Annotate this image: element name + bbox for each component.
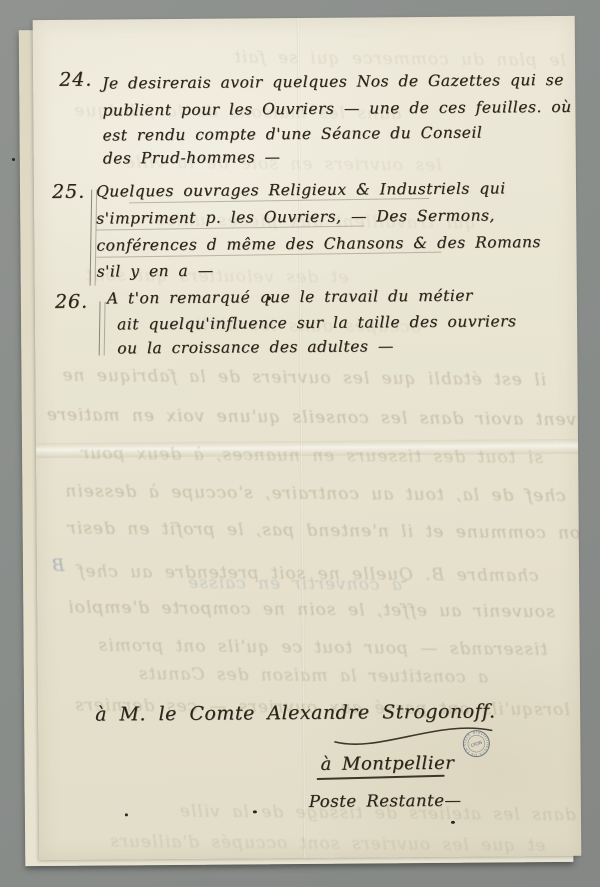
ink-speck: [451, 821, 455, 824]
item-24-line-1: Je desirerais avoir quelques Nos de Gaze…: [102, 72, 564, 93]
bleedthrough-line: chef de la, tout au contraire, s'occupe …: [64, 483, 565, 505]
letter-page: le plan du commerce qui se faitdans les …: [33, 16, 582, 860]
item-24-number: 24.: [59, 70, 92, 91]
bleedthrough-line: a constituer la maison des Canuts: [138, 666, 488, 686]
bleedthrough-line: a convertir en caisse: [187, 575, 402, 594]
ink-speck: [267, 296, 271, 300]
bleedthrough-line: et que les ouvriers sont occupés d'aille…: [109, 834, 545, 855]
item-26-number: 26.: [55, 292, 88, 313]
item-25-line-4: s'il y en a —: [97, 263, 214, 281]
bleedthrough-line: tisserands — pour tout ce qu'ils ont pro…: [98, 638, 548, 659]
photograph-background: le plan du commerce qui se faitdans les …: [0, 0, 600, 887]
item-26-line-1: A t'on remarqué que le travail du métier: [107, 288, 473, 308]
stamp-center-text: LYON: [470, 740, 483, 749]
address-poste-restante: Poste Restante—: [309, 792, 462, 811]
item-25-line-1: Quelques ouvrages Religieux & Industriel…: [96, 180, 506, 200]
item-24-line-4: des Prud-hommes —: [103, 149, 281, 167]
item-25-number: 25.: [52, 182, 85, 203]
address-city: à Montpellier: [320, 754, 454, 775]
bleedthrough-line: il est établi que les ouvriers de la fab…: [61, 368, 546, 390]
pencil-margin-mark: [99, 302, 106, 356]
item-26-line-2: ait quelqu'influence sur la taille des o…: [117, 313, 517, 333]
ink-speck: [125, 813, 128, 816]
ink-speck: [253, 810, 257, 813]
bleedthrough-line: peuvent avoir dans les conseils qu'une v…: [46, 407, 582, 429]
bleedthrough-line: le plan du commerce qui se fait: [233, 50, 566, 70]
bleedthrough-line: souvenir au effet, le soin ne comporte d…: [67, 600, 555, 622]
item-25-line-3: conférences d même des Chansons & des Ro…: [96, 234, 541, 255]
bleedthrough-line: si tout des tisseurs en nuances, à deux …: [80, 446, 543, 467]
item-26-line-3: ou la croissance des adultes —: [117, 338, 394, 357]
bleedthrough-line: la condition commune et il n'entend pas,…: [67, 521, 582, 544]
item-24-line-3: est rendu compte d'une Séance du Conseil: [103, 125, 483, 145]
bleedthrough-line: B: [51, 558, 65, 575]
letter-sheet: le plan du commerce qui se faitdans les …: [19, 16, 584, 866]
item-25-line-2: s'impriment p. les Ouvriers, — Des Sermo…: [96, 207, 495, 227]
dust-speck: [12, 158, 15, 161]
